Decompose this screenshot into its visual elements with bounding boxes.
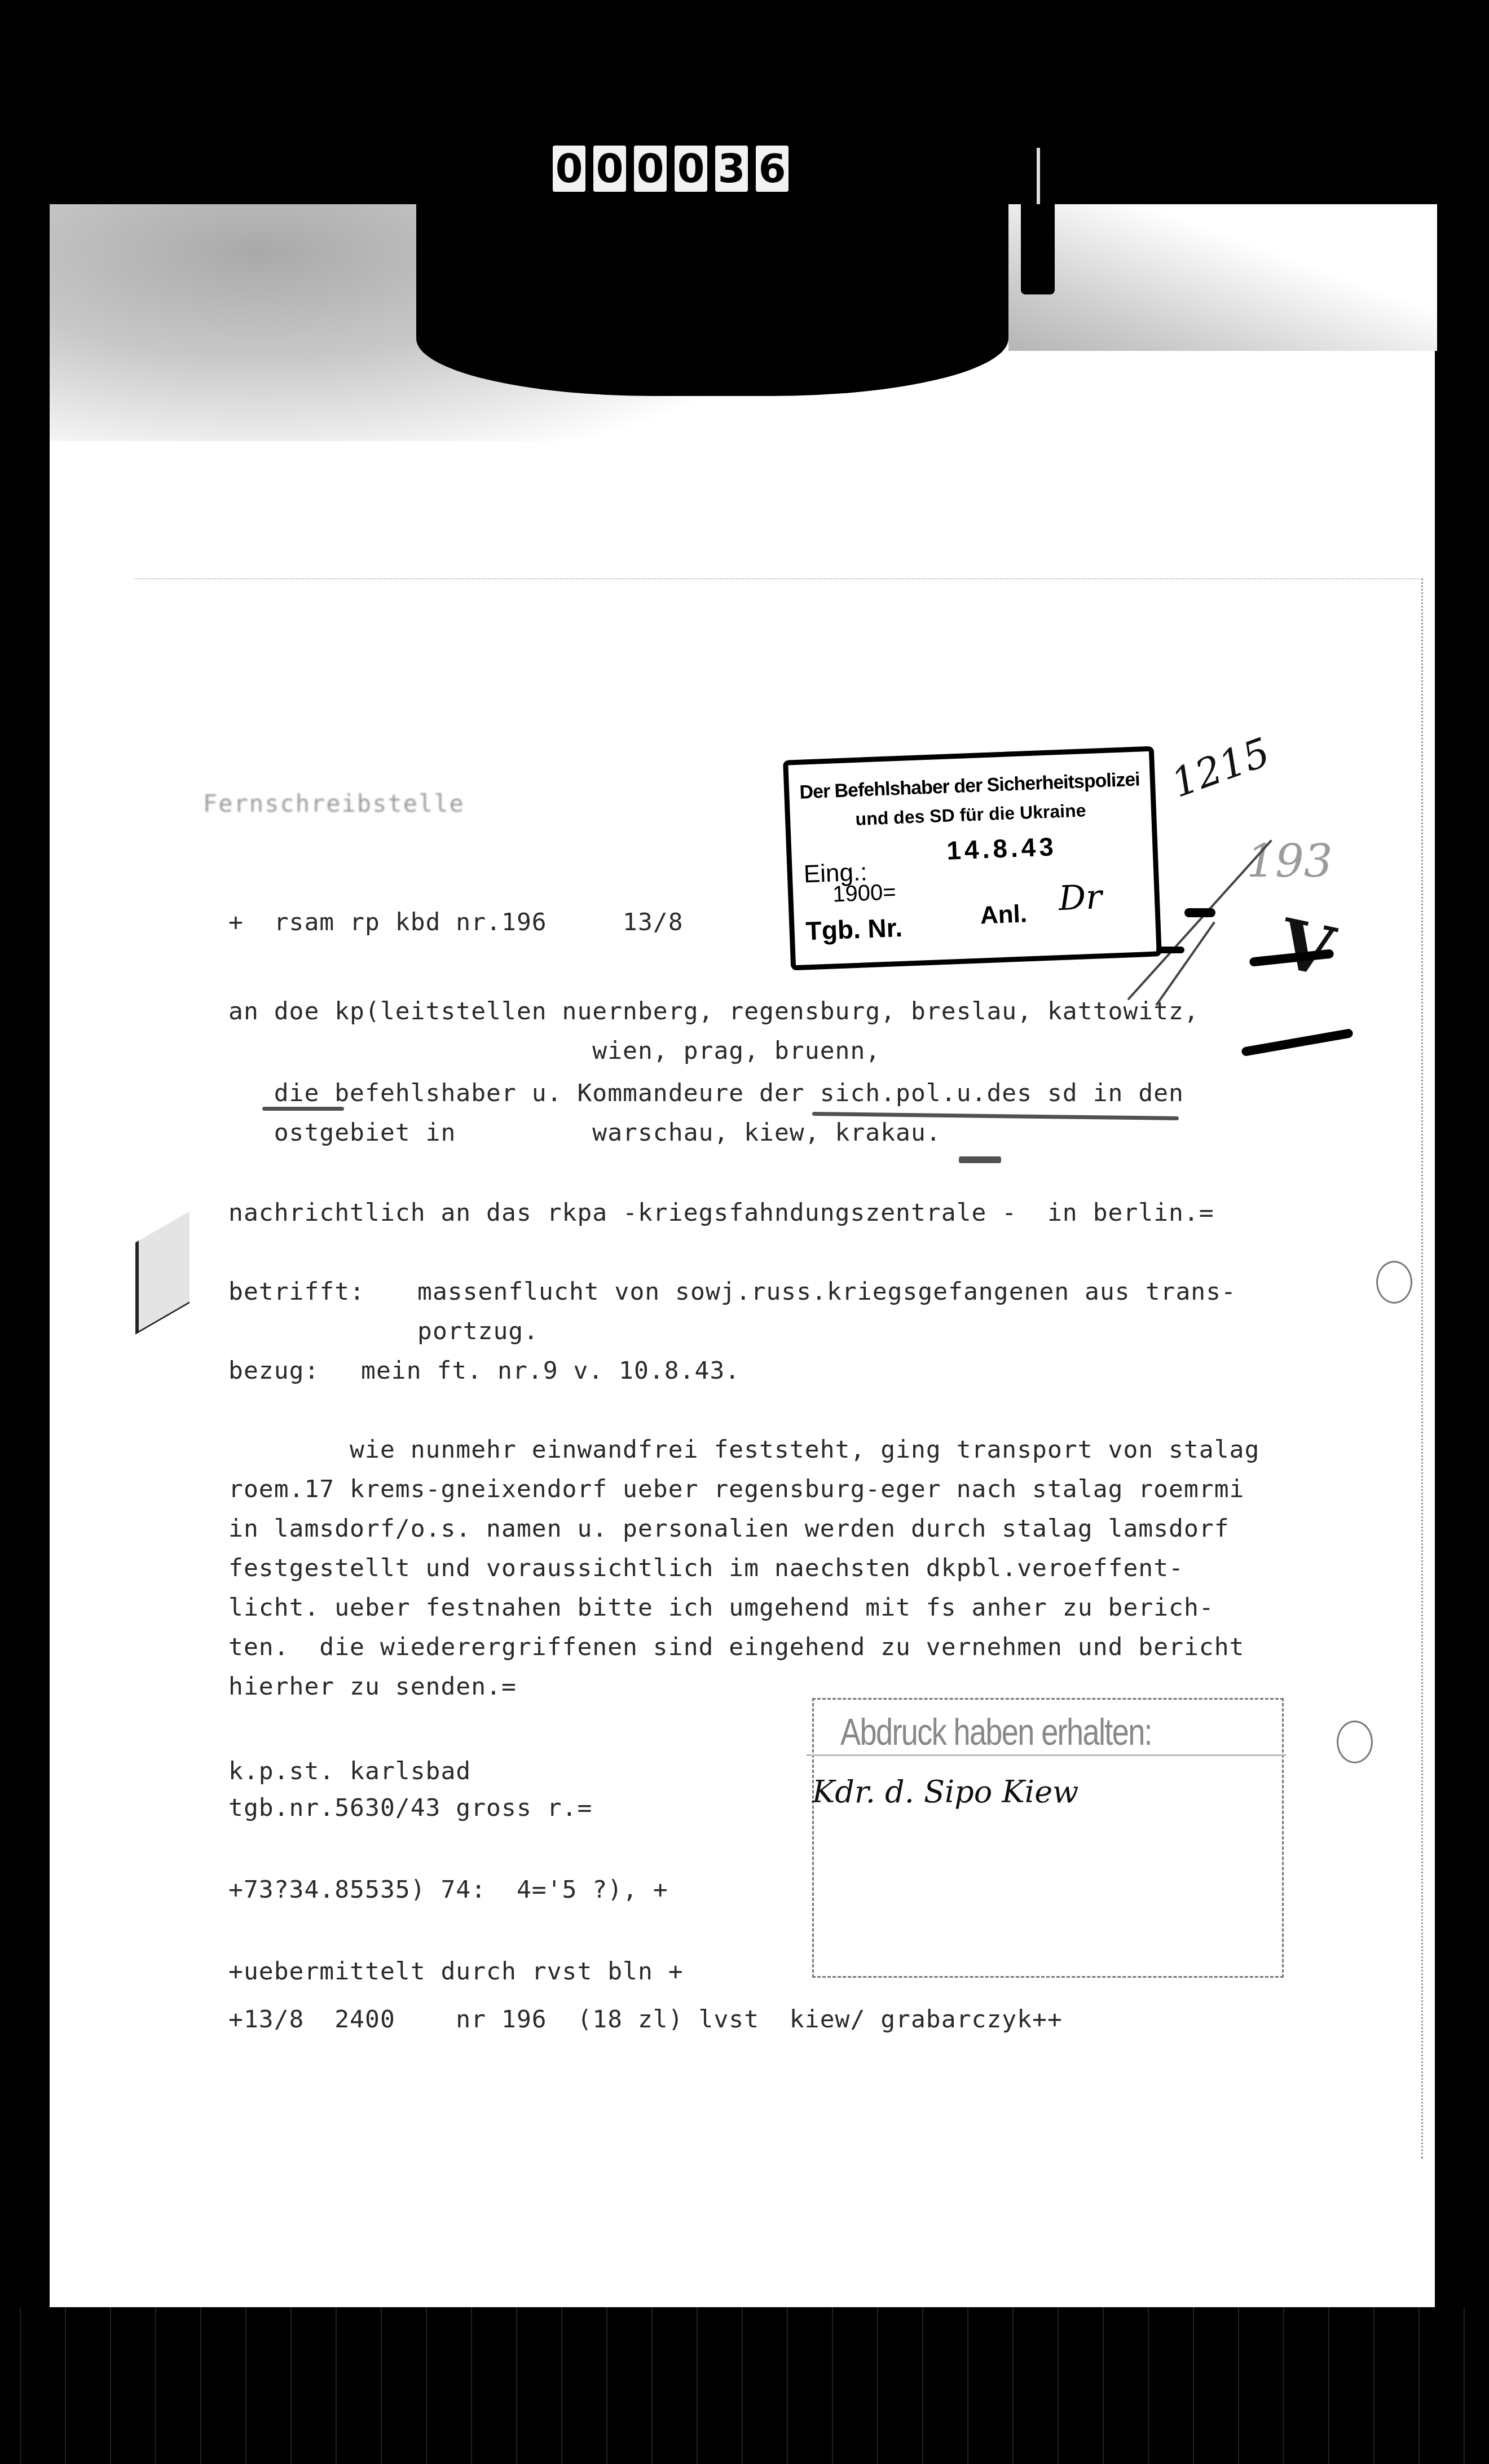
- stamp-agency: Der Befehlshaber der Sicherheitspolizei: [789, 768, 1151, 804]
- body-line: festgestellt und voraussichtlich im naec…: [228, 1551, 1184, 1585]
- pen-stroke: [1156, 947, 1184, 953]
- frame-digit: 0: [553, 146, 585, 192]
- punch-hole: [1376, 1261, 1412, 1304]
- binder-clip: [416, 204, 1008, 396]
- body-line: wie nunmehr einwandfrei feststeht, ging …: [228, 1433, 1259, 1467]
- addressee-line: ostgebiet in warschau, kiew, krakau.: [228, 1116, 941, 1150]
- pencil-mark: [959, 1156, 1001, 1163]
- pencil-underline: [262, 1107, 344, 1111]
- distribution-entry: Kdr. d. Sipo Kiew: [812, 1774, 1078, 1810]
- garbled-line: +73?34.85535) 74: 4='5 ?), +: [228, 1873, 668, 1907]
- reference-text: mein ft. nr.9 v. 10.8.43.: [361, 1354, 740, 1388]
- punch-hole: [1337, 1721, 1373, 1763]
- sender-line: k.p.st. karlsbad: [228, 1754, 471, 1788]
- transmission-line: +13/8 2400 nr 196 (18 zl) lvst kiew/ gra…: [228, 2003, 1063, 2036]
- film-scratches: [0, 2307, 1489, 2464]
- transmission-line: +uebermittelt durch rvst bln +: [228, 1955, 684, 1988]
- sender-line: tgb.nr.5630/43 gross r.=: [228, 1791, 592, 1825]
- addressee-line: die befehlshaber u. Kommandeure der sich…: [228, 1076, 1184, 1110]
- faded-letterhead: Fernschreibstelle: [203, 790, 465, 817]
- stamp-date: 14.8.43: [946, 831, 1057, 865]
- stamp-attachments-label: Anl.: [980, 900, 1028, 930]
- receipt-stamp: Der Befehlshaber der Sicherheitspolizei …: [783, 746, 1162, 971]
- body-line: licht. ueber festnahen bitte ich umgehen…: [228, 1591, 1214, 1625]
- reference-label: bezug:: [228, 1354, 319, 1388]
- distribution-rule: [807, 1754, 1286, 1756]
- handwritten-number-faint: 193: [1246, 835, 1333, 887]
- body-line: ten. die wiederergriffenen sind eingehen…: [228, 1630, 1245, 1664]
- pen-stroke: [1184, 908, 1215, 917]
- frame-digit: 0: [593, 146, 626, 192]
- cc-line: nachrichtlich an das rkpa -kriegsfahndun…: [228, 1196, 1214, 1230]
- addressee-line: wien, prag, bruenn,: [228, 1034, 880, 1068]
- body-line: in lamsdorf/o.s. namen u. personalien we…: [228, 1512, 1230, 1546]
- subject-label: betrifft:: [228, 1275, 365, 1309]
- binder-clip-tab: [1021, 204, 1055, 294]
- body-line: roem.17 krems-gneixendorf ueber regensbu…: [228, 1472, 1245, 1506]
- addressee-line: an doe kp(leitstellen nuernberg, regensb…: [228, 995, 1199, 1028]
- frame-digit: 0: [634, 146, 667, 192]
- body-line: hierher zu senden.=: [228, 1670, 517, 1704]
- frame-number: 0 0 0 0 3 6: [553, 146, 788, 192]
- frame-digit: 6: [756, 146, 788, 192]
- subject-text: portzug.: [417, 1314, 539, 1348]
- page-shadow: [1008, 204, 1437, 351]
- distribution-heading: Abdruck haben erhalten:: [840, 1710, 1152, 1753]
- subject-text: massenflucht von sowj.russ.kriegsgefange…: [417, 1275, 1236, 1309]
- stamp-initial: Dr: [1058, 877, 1103, 918]
- stamp-agency-2: und des SD für die Ukraine: [790, 798, 1152, 833]
- frame-digit: 3: [715, 146, 748, 192]
- stamp-journal-label: Tgb. Nr.: [805, 912, 903, 947]
- frame-digit: 0: [675, 146, 707, 192]
- telegram-reference: + rsam rp kbd nr.196 13/8: [228, 905, 684, 939]
- stamp-received-number: 1900=: [832, 879, 896, 907]
